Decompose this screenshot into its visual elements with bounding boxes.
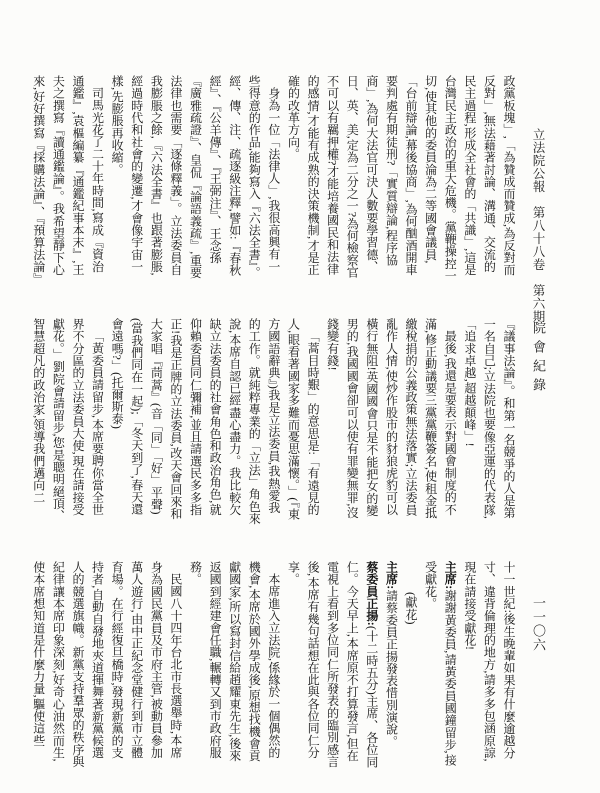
speaker-name: 主席:	[384, 561, 398, 589]
paragraph: 『議事法論』。和第一名競爭的人是第一名自己;立法院也要像亞運的代表隊,「追求卓越…	[459, 318, 518, 525]
paragraph: 十一世紀:後生晚輩如果有什麼逾越分寸、違背倫理的地方,請多多包涵原諒,現在請接受…	[459, 561, 518, 768]
speech-paragraph: 主席:謝謝黃委員,請黃委員國鐘留步,接受獻花。	[420, 561, 459, 768]
paragraph: 政黨板塊」,「為贊成而贊成,為反對而反對」,無法藉著討論、溝通、交流的民主過程,…	[283, 75, 518, 282]
speaker-name: 蔡委員正揚:	[365, 561, 379, 626]
page-number: 一一〇六	[529, 596, 548, 652]
paragraph: 民國八十四年台北市長選舉時,本席身為國民黨員及市府主管,被動員參加萬人遊行,由中…	[28, 561, 185, 768]
paragraph: 身為一位「法律人」,我很高興有一些得意的作品,能夠寫入『六法全書』。經、傳、注、…	[107, 75, 283, 282]
text-strip-bottom: 十一世紀:後生晚輩如果有什麼逾越分寸、違背倫理的地方,請多多包涵原諒,現在請接受…	[28, 561, 518, 768]
speech-paragraph: 蔡委員正揚:(十二時五分)主席、各位同仁。今天早上,本席原不打算發言,但在電視上…	[283, 561, 381, 768]
paragraph: 本席進入立法院,係緣於一個偶然的機會,本席於國外學成後,原想找機會貢獻國家,所以…	[185, 561, 283, 768]
paragraph: 最後,我還是要表示對國會制度的不滿,修正動議要三黨黨鞭簽名,使租金抵繳稅捐的公義…	[322, 318, 459, 525]
gazette-page: 立法院公報 第八十八卷 第六期 院會紀錄 一一〇六 政黨板塊」,「為贊成而贊成,…	[0, 0, 600, 793]
paragraph: 司馬光花了二十年時間,寫成『資治通鑑』,袁樞編纂『通鑑紀事本末』,王夫之撰寫『讀…	[28, 75, 107, 282]
text-strip-top: 政黨板塊」,「為贊成而贊成,為反對而反對」,無法藉著討論、溝通、交流的民主過程,…	[28, 75, 518, 282]
speech-paragraph: 主席:請蔡委員正揚發表惜別演說。	[381, 561, 401, 768]
section-label: 院會紀錄	[529, 321, 548, 397]
paragraph: 「黃委員請留步,本席要聘你當全世界不分區的立法委員大使,現在請接受獻花。」劉院會…	[28, 318, 106, 525]
paragraph: (獻花)	[400, 561, 420, 768]
speaker-name: 主席:	[443, 561, 457, 589]
text-strip-middle: 『議事法論』。和第一名競爭的人是第一名自己;立法院也要像亞運的代表隊,「追求卓越…	[28, 318, 518, 525]
paragraph: 「蒿目時艱」的意思是:「有遠見的人,眼看著國家多難而憂思滿懷。」(『東方國語辭典…	[107, 318, 323, 525]
publication-header: 立法院公報 第八十八卷 第六期	[529, 128, 547, 323]
